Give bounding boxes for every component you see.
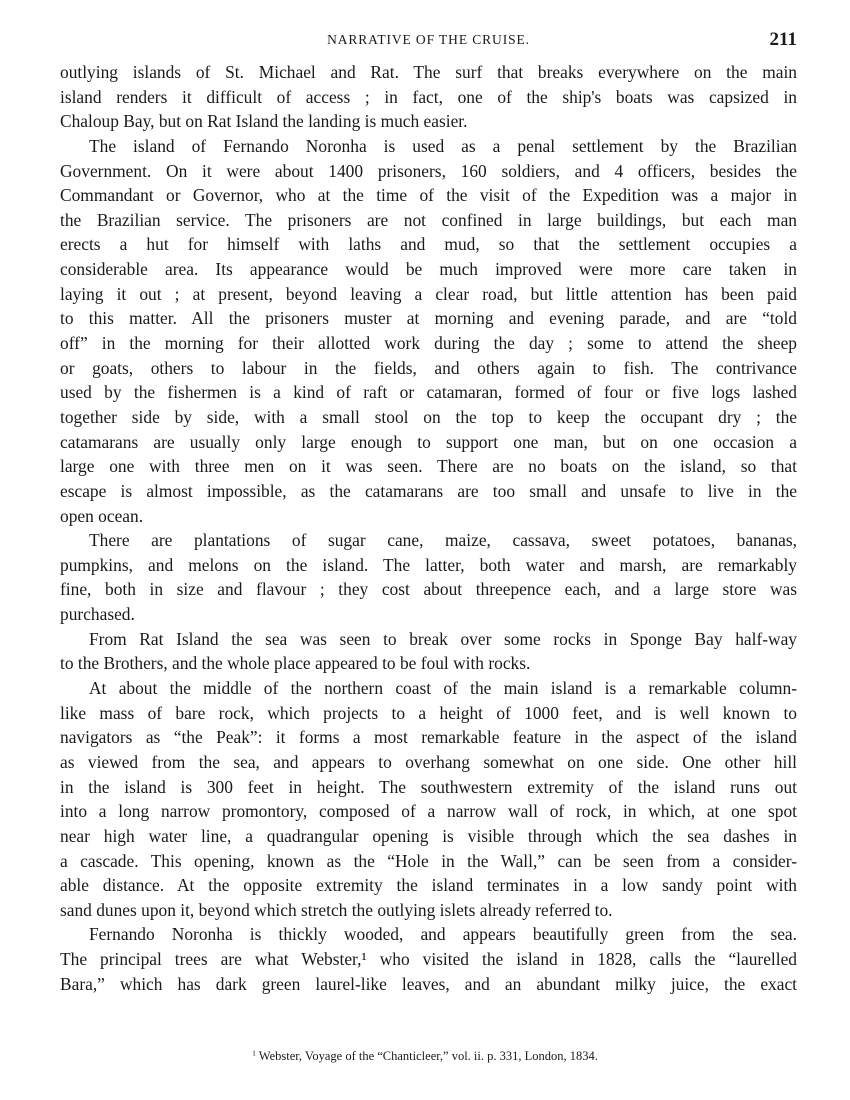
text-line: erects a hut for himself with laths and … xyxy=(60,232,797,257)
text-line: laying it out ; at present, beyond leavi… xyxy=(60,282,797,307)
text-line: catamarans are usually only large enough… xyxy=(60,430,797,455)
text-line: fine, both in size and flavour ; they co… xyxy=(60,577,797,602)
book-page: NARRATIVE OF THE CRUISE. 211 outlying is… xyxy=(0,0,850,1100)
text-line: to this matter. All the prisoners muster… xyxy=(60,306,797,331)
text-line: sand dunes upon it, beyond which stretch… xyxy=(60,898,797,923)
text-line: near high water line, a quadrangular ope… xyxy=(60,824,797,849)
text-line: Commandant or Governor, who at the time … xyxy=(60,183,797,208)
paragraph-start-line: The island of Fernando Noronha is used a… xyxy=(60,134,797,159)
footnote-marker: 1 xyxy=(252,1049,256,1058)
text-line: or goats, others to labour in the fields… xyxy=(60,356,797,381)
text-line: large one with three men on it was seen.… xyxy=(60,454,797,479)
text-line: Government. On it were about 1400 prison… xyxy=(60,159,797,184)
text-line: Bara,” which has dark green laurel-like … xyxy=(60,972,797,997)
running-head: NARRATIVE OF THE CRUISE. 211 xyxy=(60,30,797,54)
text-line: into a long narrow promontory, composed … xyxy=(60,799,797,824)
footnote: 1 Webster, Voyage of the “Chanticleer,” … xyxy=(0,1049,850,1064)
paragraph-start-line: Fernando Noronha is thickly wooded, and … xyxy=(60,922,797,947)
text-line: a cascade. This opening, known as the “H… xyxy=(60,849,797,874)
text-line: pumpkins, and melons on the island. The … xyxy=(60,553,797,578)
text-line: to the Brothers, and the whole place app… xyxy=(60,651,797,676)
text-line: like mass of bare rock, which projects t… xyxy=(60,701,797,726)
text-line: in the island is 300 feet in height. The… xyxy=(60,775,797,800)
text-line: the Brazilian service. The prisoners are… xyxy=(60,208,797,233)
paragraph-start-line: From Rat Island the sea was seen to brea… xyxy=(60,627,797,652)
paragraph-start-line: At about the middle of the northern coas… xyxy=(60,676,797,701)
paragraph-start-line: There are plantations of sugar cane, mai… xyxy=(60,528,797,553)
text-line: outlying islands of St. Michael and Rat.… xyxy=(60,60,797,85)
running-title: NARRATIVE OF THE CRUISE. xyxy=(60,32,797,48)
text-line: off” in the morning for their allotted w… xyxy=(60,331,797,356)
text-line: open ocean. xyxy=(60,504,797,529)
text-line: The principal trees are what Webster,¹ w… xyxy=(60,947,797,972)
text-line: considerable area. Its appearance would … xyxy=(60,257,797,282)
text-line: used by the fishermen is a kind of raft … xyxy=(60,380,797,405)
text-line: as viewed from the sea, and appears to o… xyxy=(60,750,797,775)
text-line: island renders it difficult of access ; … xyxy=(60,85,797,110)
body-text: outlying islands of St. Michael and Rat.… xyxy=(60,60,797,996)
footnote-text: Webster, Voyage of the “Chanticleer,” vo… xyxy=(259,1049,598,1063)
text-line: together side by side, with a small stoo… xyxy=(60,405,797,430)
text-line: purchased. xyxy=(60,602,797,627)
text-line: able distance. At the opposite extremity… xyxy=(60,873,797,898)
text-line: escape is almost impossible, as the cata… xyxy=(60,479,797,504)
text-line: Chaloup Bay, but on Rat Island the landi… xyxy=(60,109,797,134)
text-line: navigators as “the Peak”: it forms a mos… xyxy=(60,725,797,750)
page-number: 211 xyxy=(770,29,797,51)
